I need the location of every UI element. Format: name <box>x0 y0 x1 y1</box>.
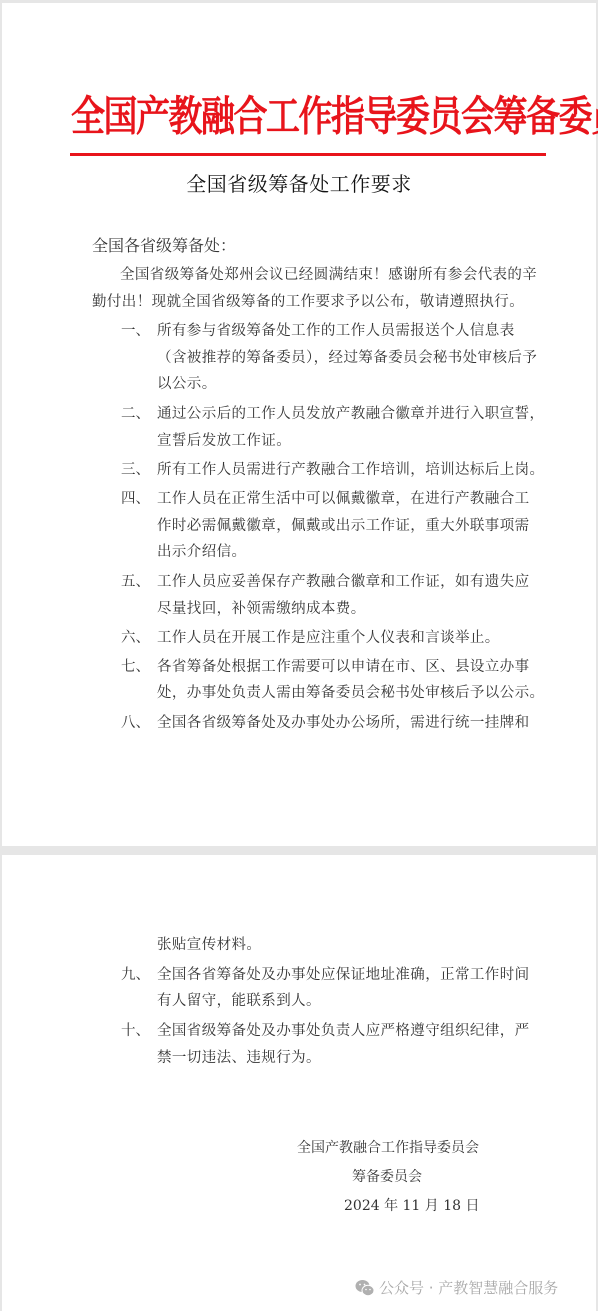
item-line: （含被推荐的筹备委员），经过筹备委员会秘书处审核后予 <box>157 348 537 368</box>
document-page-2 <box>2 855 596 1311</box>
item-number: 八、 <box>121 713 150 733</box>
item-line: 各省筹备处根据工作需要可以申请在市、区、县设立办事 <box>157 657 530 677</box>
watermark-text: 公众号 · 产教智慧融合服务 <box>379 1277 558 1299</box>
red-header-rule <box>70 153 546 156</box>
item-line: 全国省级筹备处及办事处负责人应严格遵守组织纪律，严 <box>157 1021 530 1041</box>
item-line: 全国各省筹备处及办事处应保证地址准确，正常工作时间 <box>157 965 530 985</box>
item-line: 宣誓后发放工作证。 <box>157 431 291 451</box>
item-number: 十、 <box>121 1021 150 1041</box>
document-subtitle: 全国省级筹备处工作要求 <box>0 171 598 197</box>
signature-date: 2024 年 11 月 18 日 <box>344 1196 480 1216</box>
item-number: 六、 <box>121 628 150 648</box>
signature-org-line1: 全国产教融合工作指导委员会 <box>297 1138 479 1158</box>
item-line: 以公示。 <box>157 374 217 394</box>
item-line: 禁一切违法、违规行为。 <box>157 1048 321 1068</box>
item-line: 全国各省级筹备处及办事处办公场所，需进行统一挂牌和 <box>157 713 530 733</box>
item-number: 二、 <box>121 404 150 424</box>
item-number: 三、 <box>121 460 150 480</box>
item-line: 处，办事处负责人需由筹备委员会秘书处审核后予以公示。 <box>157 683 544 703</box>
item-line: 工作人员在开展工作是应注重个人仪表和言谈举止。 <box>157 628 500 648</box>
item-number: 五、 <box>121 572 150 592</box>
item-number: 七、 <box>121 657 150 677</box>
item-line: 工作人员在正常生活中可以佩戴徽章，在进行产教融合工 <box>157 489 530 509</box>
item-number: 九、 <box>121 965 150 985</box>
item-line: 张贴宣传材料。 <box>157 935 261 955</box>
item-line: 有人留守，能联系到人。 <box>157 991 321 1011</box>
wechat-icon <box>355 1279 375 1297</box>
item-line: 所有工作人员需进行产教融合工作培训，培训达标后上岗。 <box>157 460 544 480</box>
item-line: 所有参与省级筹备处工作的工作人员需报送个人信息表 <box>157 321 515 341</box>
red-header-title: 全国产教融合工作指导委员会筹备委员会 <box>71 87 529 148</box>
signature-org-line2: 筹备委员会 <box>352 1167 422 1187</box>
intro-line: 全国省级筹备处郑州会议已经圆满结束！感谢所有参会代表的辛 <box>120 265 537 285</box>
item-number: 四、 <box>121 489 150 509</box>
item-number: 一、 <box>121 321 150 341</box>
item-line: 尽量找回，补领需缴纳成本费。 <box>157 599 366 619</box>
item-line: 工作人员应妥善保存产教融合徽章和工作证，如有遗失应 <box>157 572 530 592</box>
salutation: 全国各省级筹备处： <box>92 235 236 257</box>
wechat-watermark: 公众号 · 产教智慧融合服务 <box>355 1277 558 1299</box>
item-line: 作时必需佩戴徽章，佩戴或出示工作证，重大外联事项需 <box>157 516 530 536</box>
intro-line: 勤付出！现就全国省级筹备的工作要求予以公布，敬请遵照执行。 <box>92 292 524 312</box>
item-line: 通过公示后的工作人员发放产教融合徽章并进行入职宣誓， <box>157 404 544 424</box>
item-line: 出示介绍信。 <box>157 542 246 562</box>
